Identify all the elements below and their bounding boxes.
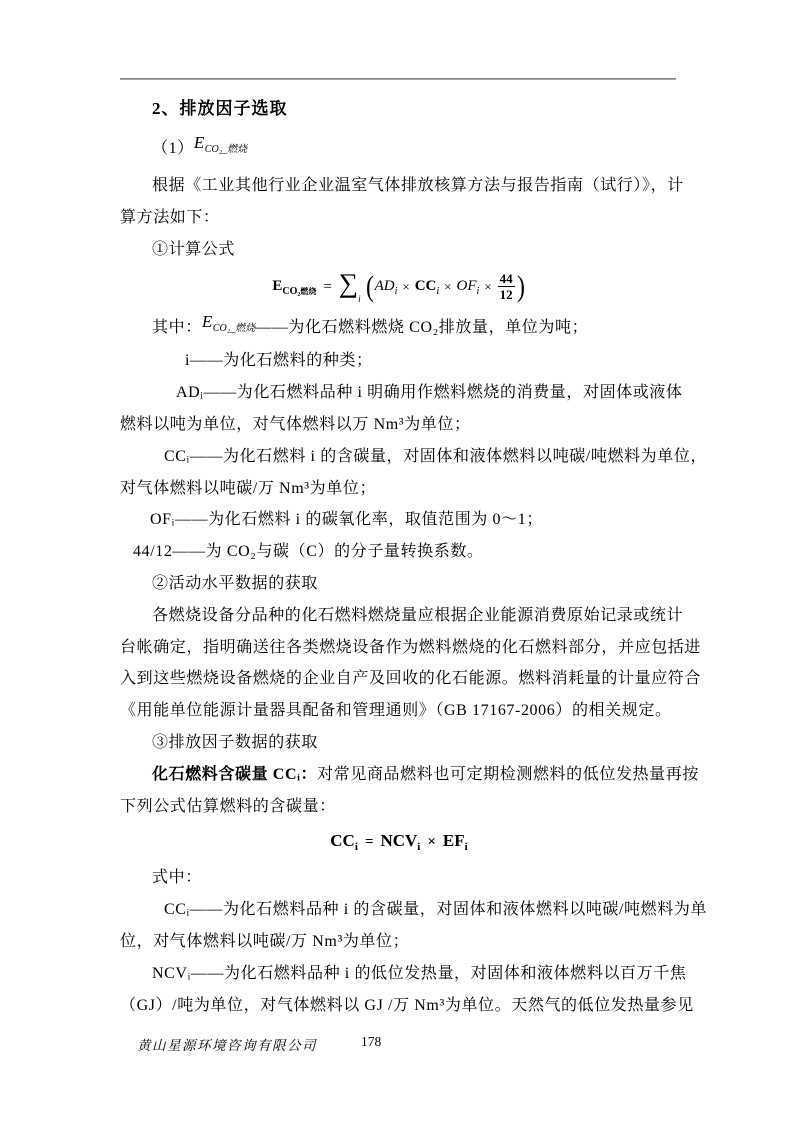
times-sign: × — [402, 279, 409, 295]
subsection-1-label: （1） — [152, 140, 194, 157]
definition2-cc-line-2: 位，对气体燃料以吨碳/万 Nm³为单位； — [120, 926, 678, 958]
header-divider — [120, 78, 676, 80]
term-ncv: NCVi — [380, 831, 420, 853]
definition-cc-line-1: CCᵢ——为化石燃料 i 的含碳量，对固体和液体燃料以吨碳/吨燃料为单位， — [164, 441, 678, 473]
cc-bold-lead: 化石燃料含碳量 CCᵢ： — [152, 766, 317, 783]
formula-eco2-combustion: ECO₂燃烧 = ∑i ( ADi × CCi × OFi × 4412 ) — [120, 265, 678, 309]
equals-sign: = — [323, 279, 331, 296]
shizhong-label: 式中： — [152, 862, 678, 894]
footer-page-number: 178 — [361, 1034, 381, 1050]
formula1-lhs: ECO₂燃烧 — [272, 277, 316, 297]
subsection-1-line: （1）ECO₂_燃烧 — [152, 126, 678, 170]
summation-symbol: ∑i — [339, 270, 365, 304]
definition-44-12: 44/12——为 CO₂与碳（C）的分子量转换系数。 — [133, 536, 678, 568]
term-cc: CCi — [330, 831, 358, 853]
term-cc: CCi — [415, 277, 439, 297]
formula-cc-ncv-ef: CCi = NCVi × EFi — [120, 822, 678, 862]
cc-paragraph-line-2: 下列公式估算燃料的含碳量： — [120, 791, 678, 823]
where-line: 其中：ECO₂_燃烧——为化石燃料燃烧 CO₂排放量，单位为吨； — [152, 309, 678, 345]
definition2-ncv-line-1: NCVᵢ——为化石燃料品种 i 的低位发热量，对固体和液体燃料以百万千焦 — [152, 958, 678, 990]
term-ef: EFi — [443, 831, 468, 853]
term-ad: ADi — [375, 277, 398, 297]
footer-company-name: 黄山星源环境咨询有限公司 — [137, 1034, 317, 1054]
definition-of: OFᵢ——为化石燃料 i 的碳氧化率，取值范围为 0～1； — [150, 504, 678, 536]
definition-ad-line-2: 燃料以吨为单位，对气体燃料以万 Nm³为单位； — [120, 409, 678, 441]
paragraph2-line-2: 台帐确定，指明确送往各类燃烧设备作为燃料燃烧的化石燃料部分，并应包括进 — [120, 632, 678, 664]
intro-line-1: 根据《工业其他行业企业温室气体排放核算方法与报告指南（试行）》，计 — [152, 170, 678, 202]
times-sign: × — [427, 834, 436, 851]
step1-label: ①计算公式 — [152, 234, 678, 266]
fraction-44-12: 4412 — [498, 272, 515, 302]
term-of: OFi — [457, 277, 480, 297]
document-page: 2、排放因子选取 （1）ECO₂_燃烧 根据《工业其他行业企业温室气体排放核算方… — [0, 0, 793, 1122]
step3-label: ③排放因子数据的获取 — [152, 727, 678, 759]
page-content: 2、排放因子选取 （1）ECO₂_燃烧 根据《工业其他行业企业温室气体排放核算方… — [120, 92, 678, 1021]
paragraph2-line-3: 入到这些燃烧设备燃烧的企业自产及回收的化石能源。燃料消耗量的计量应符合 — [120, 663, 678, 695]
right-paren: ) — [517, 272, 525, 302]
paragraph2-line-1: 各燃烧设备分品种的化石燃料燃烧量应根据企业能源消费原始记录或统计 — [152, 600, 678, 632]
definition-cc-line-2: 对气体燃料以吨碳/万 Nm³为单位； — [120, 473, 678, 505]
step2-label: ②活动水平数据的获取 — [152, 568, 678, 600]
left-paren: ( — [366, 272, 374, 302]
times-sign: × — [444, 279, 451, 295]
definition-ad-line-1: ADᵢ——为化石燃料品种 i 明确用作燃料燃烧的消费量，对固体或液体 — [176, 377, 678, 409]
intro-line-2: 算方法如下： — [120, 202, 678, 234]
page-footer: 黄山星源环境咨询有限公司 178 — [0, 1034, 793, 1058]
definition2-ncv-line-2: （GJ）/吨为单位，对气体燃料以 GJ /万 Nm³为单位。天然气的低位发热量参… — [120, 990, 678, 1022]
eco2-combustion-variable: ECO₂_燃烧 — [202, 304, 255, 347]
equals-sign: = — [365, 834, 374, 851]
paragraph2-line-4: 《用能单位能源计量器具配备和管理通则》（GB 17167-2006）的相关规定。 — [120, 695, 678, 727]
definition2-cc-line-1: CCᵢ——为化石燃料品种 i 的含碳量，对固体和液体燃料以吨碳/吨燃料为单 — [164, 894, 678, 926]
eco2-combustion-variable: ECO₂_燃烧 — [194, 121, 247, 172]
cc-paragraph-line-1: 化石燃料含碳量 CCᵢ：对常见商品燃料也可定期检测燃料的低位发热量再按 — [152, 759, 678, 791]
definition-i: i——为化石燃料的种类； — [185, 345, 678, 377]
times-sign: × — [484, 279, 491, 295]
